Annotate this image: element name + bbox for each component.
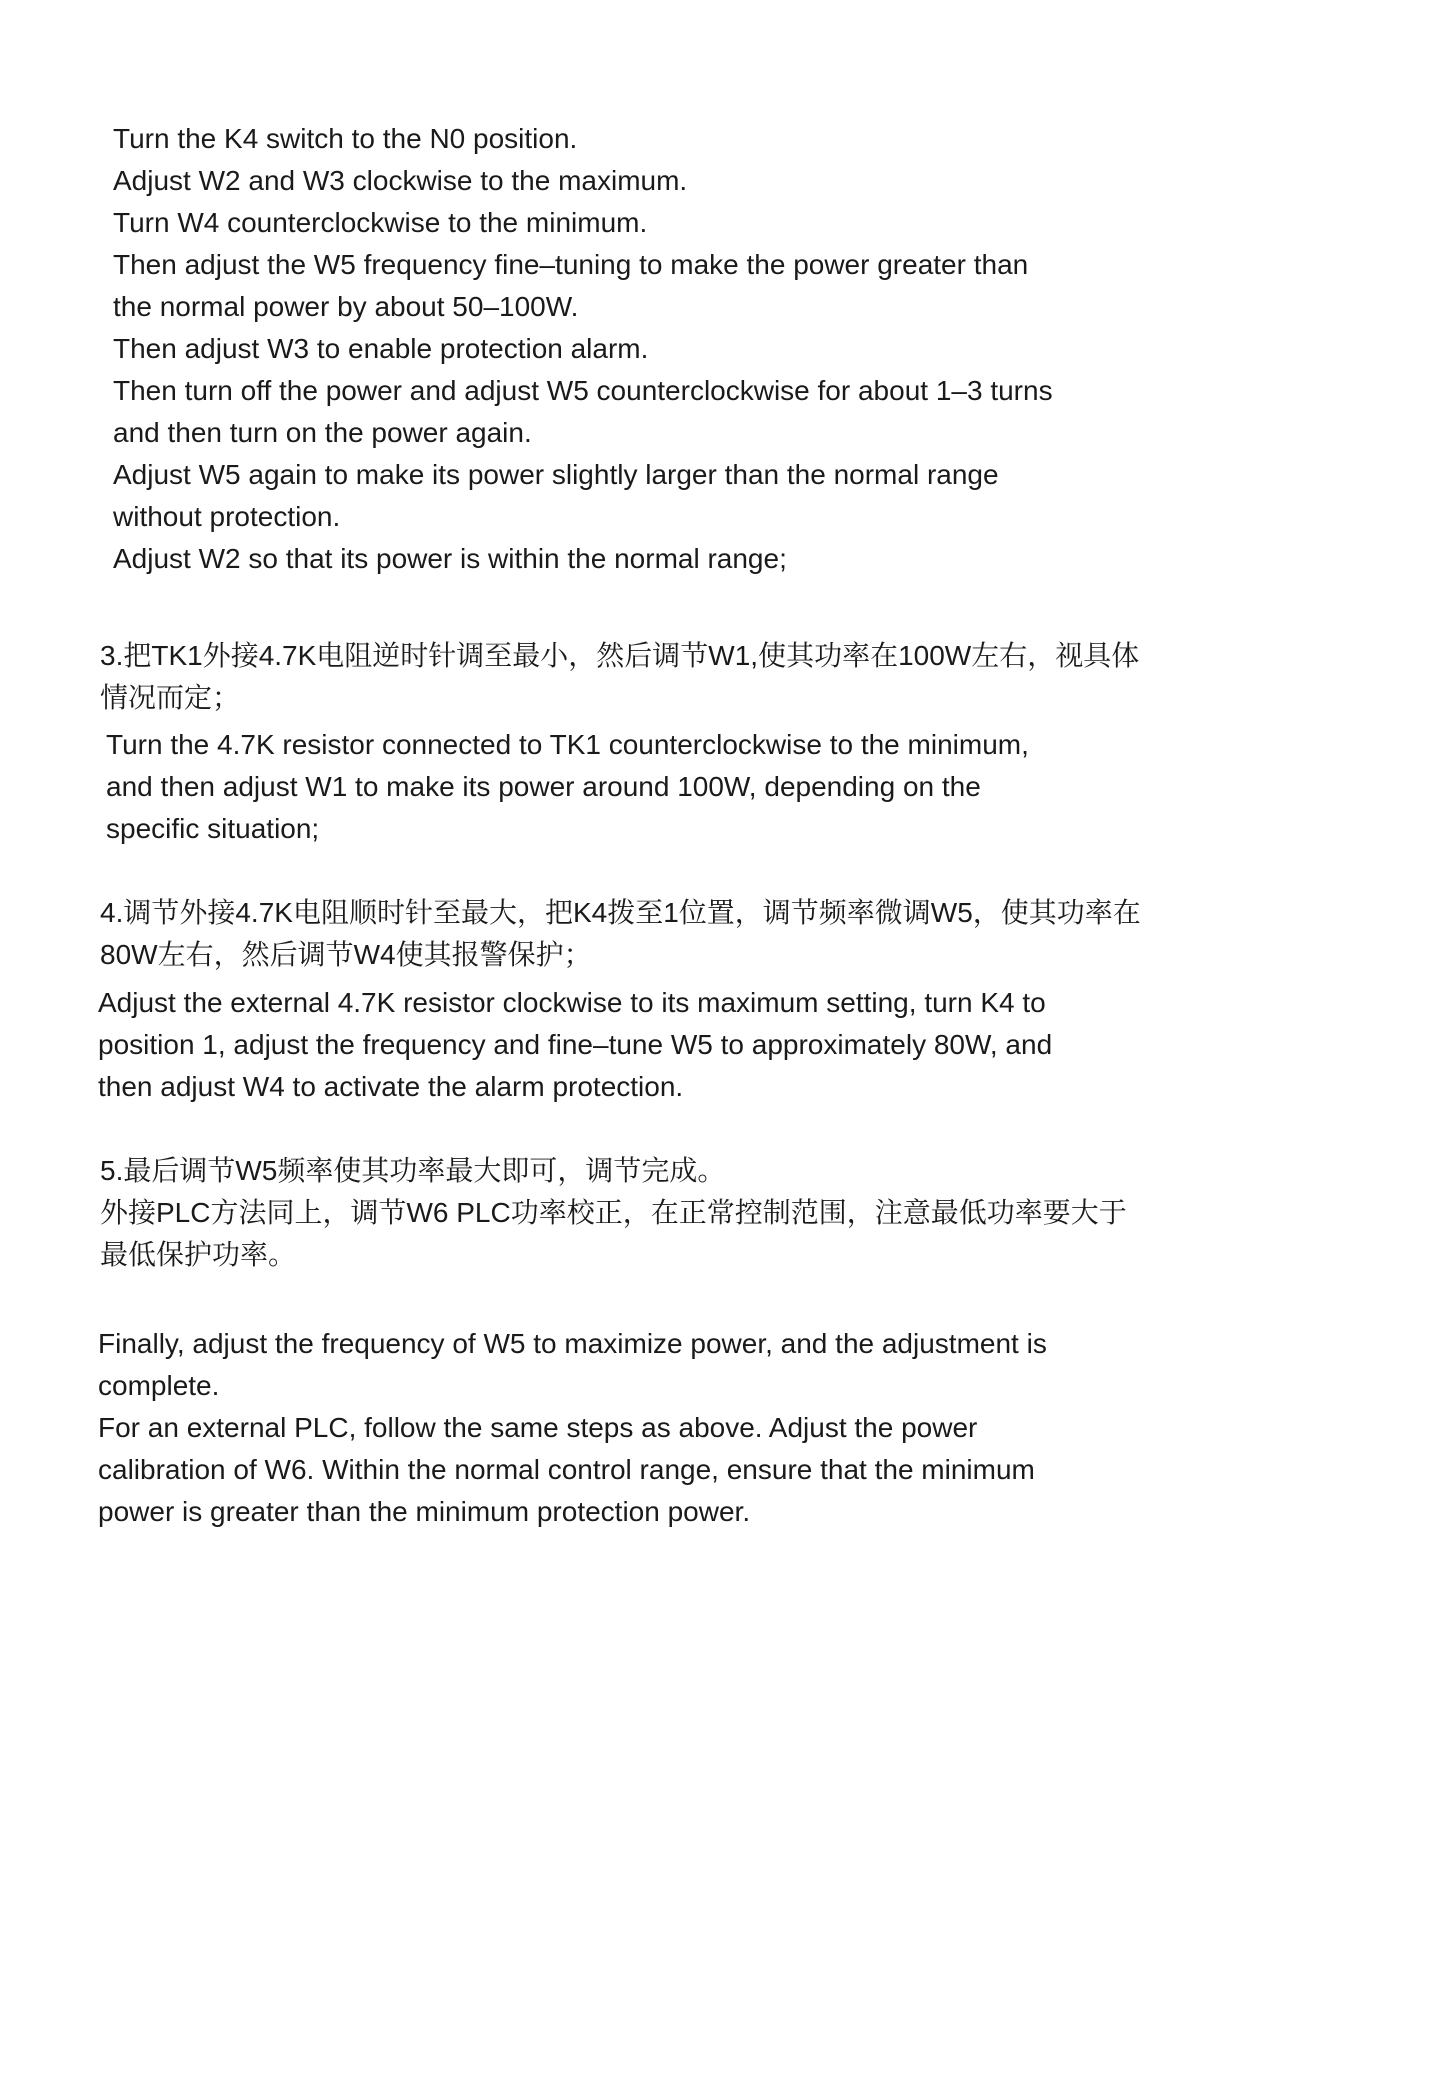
text-line: Then turn off the power and adjust W5 co… — [113, 370, 1385, 412]
para-step2-english: Turn the K4 switch to the N0 position. A… — [113, 118, 1385, 580]
text-line: then adjust W4 to activate the alarm pro… — [98, 1066, 1385, 1108]
text-line: Turn W4 counterclockwise to the minimum. — [113, 202, 1385, 244]
text-line: complete. — [98, 1365, 1385, 1407]
para-step4-english: Adjust the external 4.7K resistor clockw… — [98, 982, 1385, 1108]
text-line: 最低保护功率。 — [100, 1234, 1385, 1276]
para-step3-english: Turn the 4.7K resistor connected to TK1 … — [106, 724, 1385, 850]
text-line: 外接PLC方法同上，调节W6 PLC功率校正，在正常控制范围，注意最低功率要大于 — [100, 1192, 1385, 1234]
text-line: Then adjust W3 to enable protection alar… — [113, 328, 1385, 370]
text-line: Adjust the external 4.7K resistor clockw… — [98, 982, 1385, 1024]
text-line: 80W左右，然后调节W4使其报警保护； — [100, 934, 1385, 976]
para-final-english: Finally, adjust the frequency of W5 to m… — [98, 1323, 1385, 1533]
text-line: power is greater than the minimum protec… — [98, 1491, 1385, 1533]
text-line: and then turn on the power again. — [113, 412, 1385, 454]
text-line: Adjust W5 again to make its power slight… — [113, 454, 1385, 496]
document-page: Turn the K4 switch to the N0 position. A… — [0, 0, 1445, 2078]
para-step5-chinese: 5.最后调节W5频率使其功率最大即可，调节完成。 外接PLC方法同上，调节W6 … — [100, 1150, 1385, 1276]
text-line: Finally, adjust the frequency of W5 to m… — [98, 1323, 1385, 1365]
text-line: without protection. — [113, 496, 1385, 538]
text-line: position 1, adjust the frequency and fin… — [98, 1024, 1385, 1066]
text-line: the normal power by about 50–100W. — [113, 286, 1385, 328]
text-line: specific situation; — [106, 808, 1385, 850]
text-line: For an external PLC, follow the same ste… — [98, 1407, 1385, 1449]
text-line: Adjust W2 so that its power is within th… — [113, 538, 1385, 580]
text-line: 4.调节外接4.7K电阻顺时针至最大，把K4拨至1位置，调节频率微调W5，使其功… — [100, 892, 1385, 934]
para-step3-chinese: 3.把TK1外接4.7K电阻逆时针调至最小，然后调节W1,使其功率在100W左右… — [100, 635, 1385, 719]
text-line: 情况而定； — [100, 677, 1385, 719]
text-line: Turn the 4.7K resistor connected to TK1 … — [106, 724, 1385, 766]
text-line: 3.把TK1外接4.7K电阻逆时针调至最小，然后调节W1,使其功率在100W左右… — [100, 635, 1385, 677]
text-line: Turn the K4 switch to the N0 position. — [113, 118, 1385, 160]
text-line: 5.最后调节W5频率使其功率最大即可，调节完成。 — [100, 1150, 1385, 1192]
text-line: Adjust W2 and W3 clockwise to the maximu… — [113, 160, 1385, 202]
text-line: Then adjust the W5 frequency fine–tuning… — [113, 244, 1385, 286]
page-content: Turn the K4 switch to the N0 position. A… — [100, 118, 1385, 1533]
para-step4-chinese: 4.调节外接4.7K电阻顺时针至最大，把K4拨至1位置，调节频率微调W5，使其功… — [100, 892, 1385, 976]
text-line: calibration of W6. Within the normal con… — [98, 1449, 1385, 1491]
text-line: and then adjust W1 to make its power aro… — [106, 766, 1385, 808]
